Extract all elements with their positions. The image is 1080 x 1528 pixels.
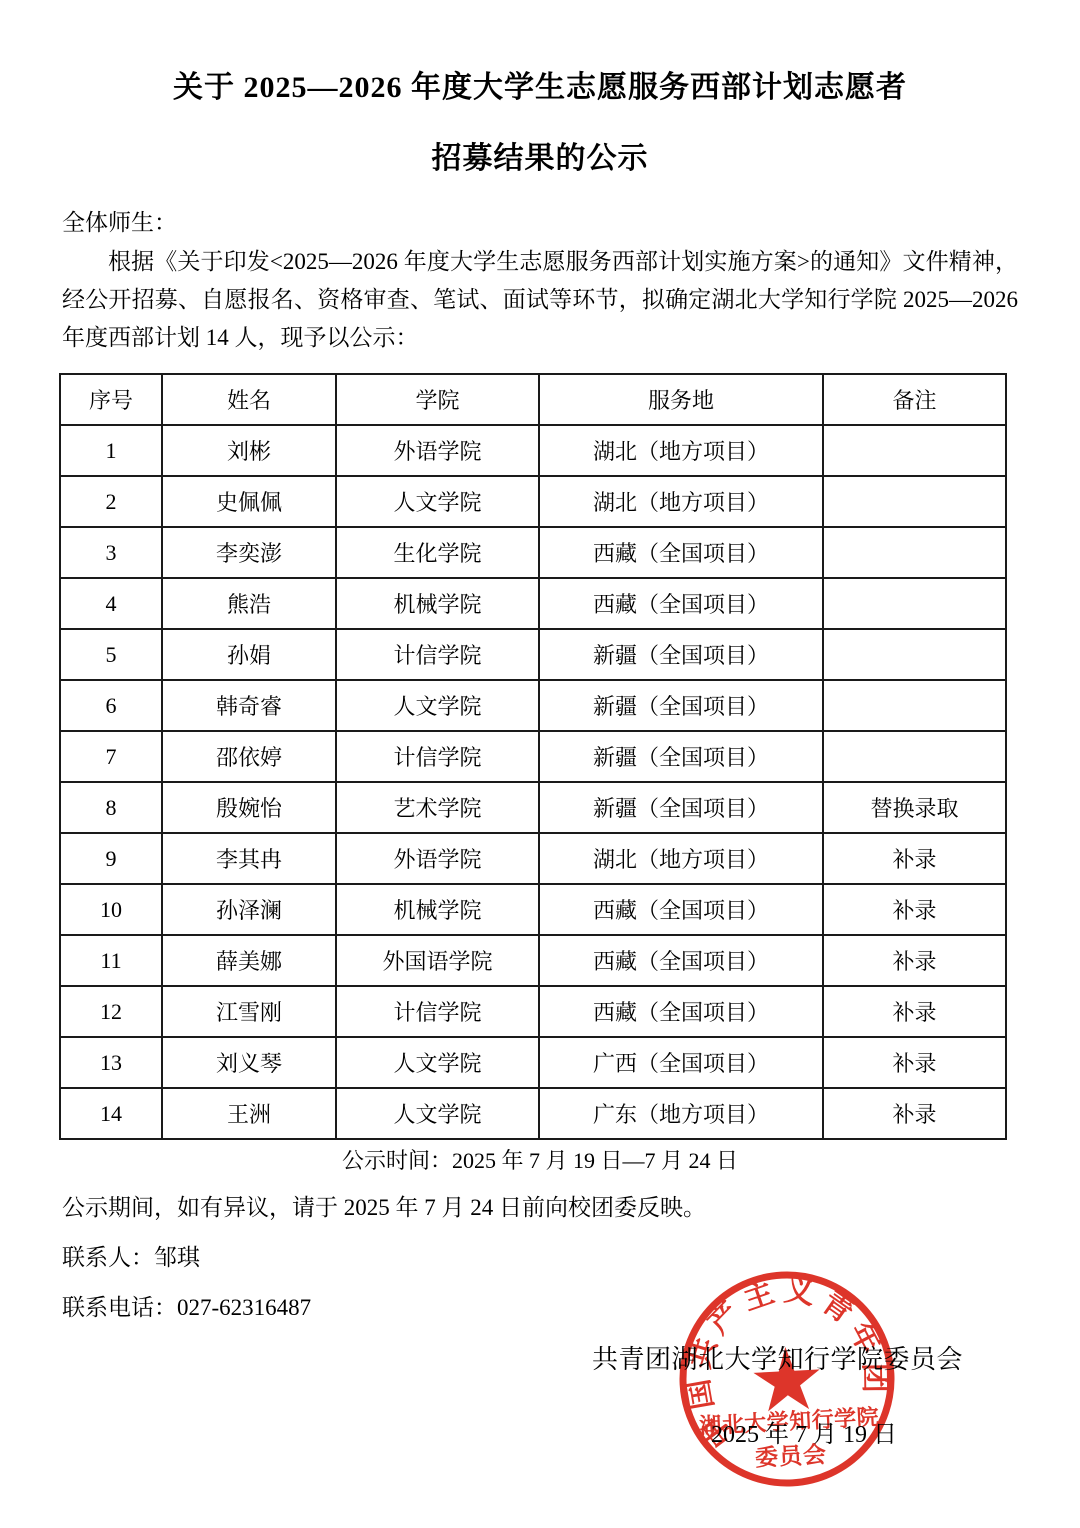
cell-name: 江雪刚 [162,986,336,1037]
table-row: 7邵依婷计信学院新疆（全国项目） [60,731,1006,782]
contact-person: 联系人：邹琪 [62,1246,1018,1269]
cell-remark [823,527,1006,578]
cell-remark [823,680,1006,731]
cell-serial: 8 [60,782,162,833]
cell-name: 韩奇睿 [162,680,336,731]
cell-serial: 1 [60,425,162,476]
column-header: 学院 [336,374,539,425]
table-row: 9李其冉外语学院湖北（地方项目）补录 [60,833,1006,884]
cell-service-area: 湖北（地方项目） [539,833,823,884]
publicity-period: 公示时间：2025 年 7 月 19 日—7 月 24 日 [62,1150,1018,1172]
results-table: 序号姓名学院服务地备注 1刘彬外语学院湖北（地方项目）2史佩佩人文学院湖北（地方… [59,373,1007,1140]
cell-service-area: 新疆（全国项目） [539,680,823,731]
cell-serial: 13 [60,1037,162,1088]
cell-serial: 7 [60,731,162,782]
cell-service-area: 西藏（全国项目） [539,527,823,578]
cell-remark [823,731,1006,782]
cell-serial: 9 [60,833,162,884]
issuer-committee: 共青团湖北大学知行学院委员会 [62,1347,1018,1373]
cell-college: 人文学院 [336,1088,539,1139]
table-row: 12江雪刚计信学院西藏（全国项目）补录 [60,986,1006,1037]
cell-name: 殷婉怡 [162,782,336,833]
cell-name: 刘彬 [162,425,336,476]
cell-service-area: 新疆（全国项目） [539,782,823,833]
table-row: 14王洲人文学院广东（地方项目）补录 [60,1088,1006,1139]
cell-name: 李奕澎 [162,527,336,578]
column-header: 姓名 [162,374,336,425]
cell-service-area: 西藏（全国项目） [539,935,823,986]
issue-date: 2025 年 7 月 19 日 [62,1423,1018,1447]
cell-name: 刘义琴 [162,1037,336,1088]
table-header-row: 序号姓名学院服务地备注 [60,374,1006,425]
table-row: 8殷婉怡艺术学院新疆（全国项目）替换录取 [60,782,1006,833]
table-row: 10孙泽澜机械学院西藏（全国项目）补录 [60,884,1006,935]
cell-remark: 补录 [823,1037,1006,1088]
cell-serial: 6 [60,680,162,731]
cell-service-area: 新疆（全国项目） [539,731,823,782]
cell-name: 孙娟 [162,629,336,680]
objection-note: 公示期间，如有异议，请于 2025 年 7 月 24 日前向校团委反映。 [62,1196,1018,1219]
salutation: 全体师生： [62,211,1018,234]
cell-name: 孙泽澜 [162,884,336,935]
cell-remark: 补录 [823,884,1006,935]
cell-college: 艺术学院 [336,782,539,833]
cell-remark: 补录 [823,935,1006,986]
column-header: 序号 [60,374,162,425]
cell-remark: 替换录取 [823,782,1006,833]
cell-remark: 补录 [823,1088,1006,1139]
cell-serial: 3 [60,527,162,578]
cell-serial: 12 [60,986,162,1037]
cell-college: 人文学院 [336,680,539,731]
cell-serial: 10 [60,884,162,935]
cell-remark [823,476,1006,527]
column-header: 服务地 [539,374,823,425]
table-row: 11薛美娜外国语学院西藏（全国项目）补录 [60,935,1006,986]
document-title-line2: 招募结果的公示 [62,144,1018,174]
cell-serial: 4 [60,578,162,629]
cell-college: 生化学院 [336,527,539,578]
table-row: 6韩奇睿人文学院新疆（全国项目） [60,680,1006,731]
table-row: 5孙娟计信学院新疆（全国项目） [60,629,1006,680]
cell-service-area: 湖北（地方项目） [539,476,823,527]
cell-remark [823,425,1006,476]
cell-service-area: 西藏（全国项目） [539,578,823,629]
body-paragraph: 根据《关于印发<2025—2026 年度大学生志愿服务西部计划实施方案>的通知》… [62,243,1018,357]
announcement-page: 关于 2025—2026 年度大学生志愿服务西部计划志愿者 招募结果的公示 全体… [0,0,1080,1528]
cell-name: 熊浩 [162,578,336,629]
cell-service-area: 广西（全国项目） [539,1037,823,1088]
cell-college: 人文学院 [336,1037,539,1088]
cell-service-area: 湖北（地方项目） [539,425,823,476]
table-row: 4熊浩机械学院西藏（全国项目） [60,578,1006,629]
cell-college: 外语学院 [336,425,539,476]
document-title-line1: 关于 2025—2026 年度大学生志愿服务西部计划志愿者 [62,73,1018,103]
cell-college: 外语学院 [336,833,539,884]
cell-service-area: 新疆（全国项目） [539,629,823,680]
cell-college: 计信学院 [336,629,539,680]
cell-college: 人文学院 [336,476,539,527]
cell-serial: 14 [60,1088,162,1139]
cell-serial: 2 [60,476,162,527]
column-header: 备注 [823,374,1006,425]
cell-name: 史佩佩 [162,476,336,527]
cell-serial: 11 [60,935,162,986]
contact-phone: 联系电话：027-62316487 [62,1296,1018,1319]
cell-service-area: 西藏（全国项目） [539,884,823,935]
table-row: 3李奕澎生化学院西藏（全国项目） [60,527,1006,578]
cell-remark [823,578,1006,629]
cell-name: 邵依婷 [162,731,336,782]
cell-service-area: 西藏（全国项目） [539,986,823,1037]
cell-college: 机械学院 [336,578,539,629]
cell-remark: 补录 [823,986,1006,1037]
cell-college: 机械学院 [336,884,539,935]
cell-remark [823,629,1006,680]
cell-serial: 5 [60,629,162,680]
cell-name: 薛美娜 [162,935,336,986]
cell-name: 李其冉 [162,833,336,884]
table-row: 1刘彬外语学院湖北（地方项目） [60,425,1006,476]
cell-service-area: 广东（地方项目） [539,1088,823,1139]
cell-college: 计信学院 [336,986,539,1037]
cell-college: 外国语学院 [336,935,539,986]
cell-college: 计信学院 [336,731,539,782]
table-row: 13刘义琴人文学院广西（全国项目）补录 [60,1037,1006,1088]
table-row: 2史佩佩人文学院湖北（地方项目） [60,476,1006,527]
results-table-body: 1刘彬外语学院湖北（地方项目）2史佩佩人文学院湖北（地方项目）3李奕澎生化学院西… [60,425,1006,1139]
cell-remark: 补录 [823,833,1006,884]
cell-name: 王洲 [162,1088,336,1139]
